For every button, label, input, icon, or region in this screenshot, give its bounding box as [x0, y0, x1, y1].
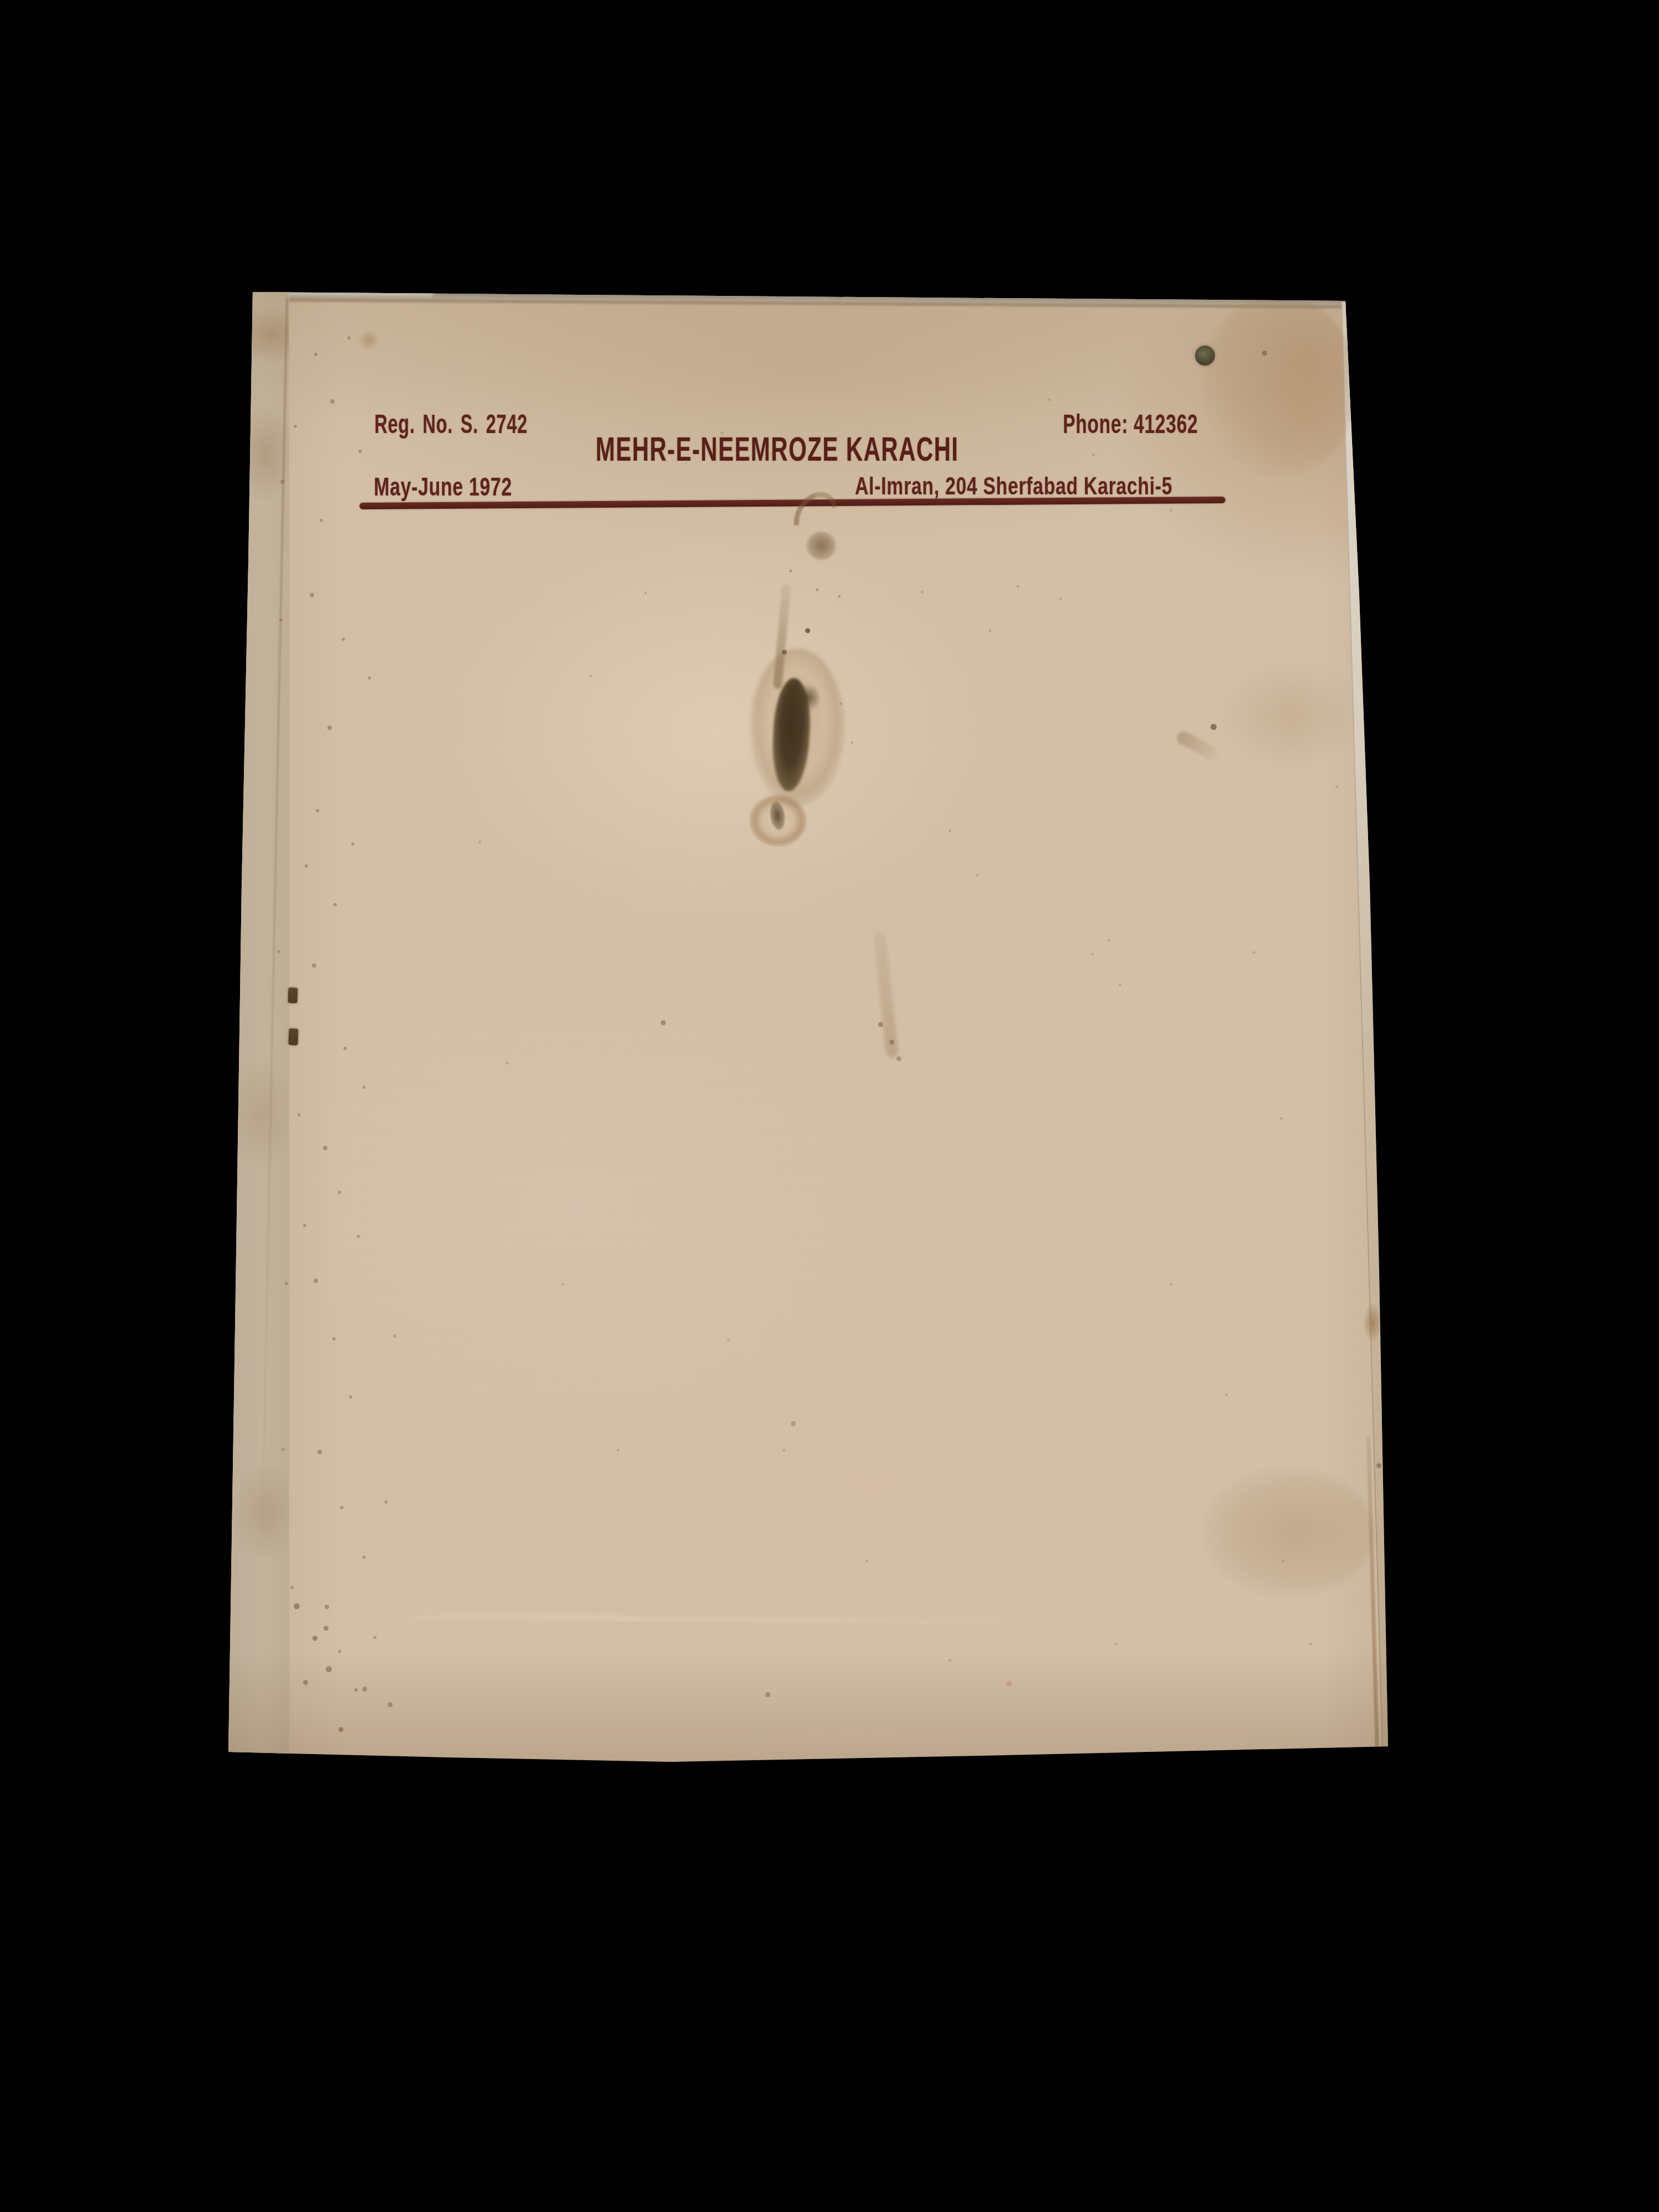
reg-number-text: Reg. No. S. 2742 — [374, 411, 528, 438]
spine — [228, 291, 289, 1762]
reg-number: Reg. No. S. 2742 — [374, 411, 599, 438]
issue-date-text: May-June 1972 — [374, 473, 512, 499]
foxing-specks-spine — [228, 286, 232, 290]
crease-bottom — [339, 1613, 1058, 1624]
stain-top-left — [358, 331, 380, 349]
foxing-specks-clusters — [228, 286, 233, 291]
photo-background: Reg. No. S. 2742 Phone: 412362 MEHR-E-NE… — [0, 0, 1659, 2212]
ring-stain — [749, 795, 807, 847]
publication-title-text: MEHR-E-NEEMROZE KARACHI — [596, 432, 959, 467]
publisher-address-text: Al-Imran, 204 Sherfabad Karachi-5 — [855, 473, 1172, 498]
stain-swirl — [781, 488, 859, 571]
stain-top-right — [1202, 294, 1357, 477]
stain-right-middle — [1222, 662, 1360, 768]
streak-middle — [873, 930, 899, 1058]
smudge-right — [1175, 729, 1220, 762]
stain-right-edge — [1364, 1304, 1381, 1342]
issue-date: May-June 1972 — [374, 473, 566, 499]
publisher-address: Al-Imran, 204 Sherfabad Karachi-5 — [855, 473, 1279, 498]
foxing-specks-scattered — [228, 286, 231, 289]
staple-top — [288, 988, 298, 1004]
stain-right-lower — [1203, 1467, 1374, 1597]
publication-title: MEHR-E-NEEMROZE KARACHI — [596, 432, 1130, 467]
staple-bottom — [288, 1029, 298, 1046]
booklet-cover: Reg. No. S. 2742 Phone: 412362 MEHR-E-NE… — [228, 286, 1390, 1768]
